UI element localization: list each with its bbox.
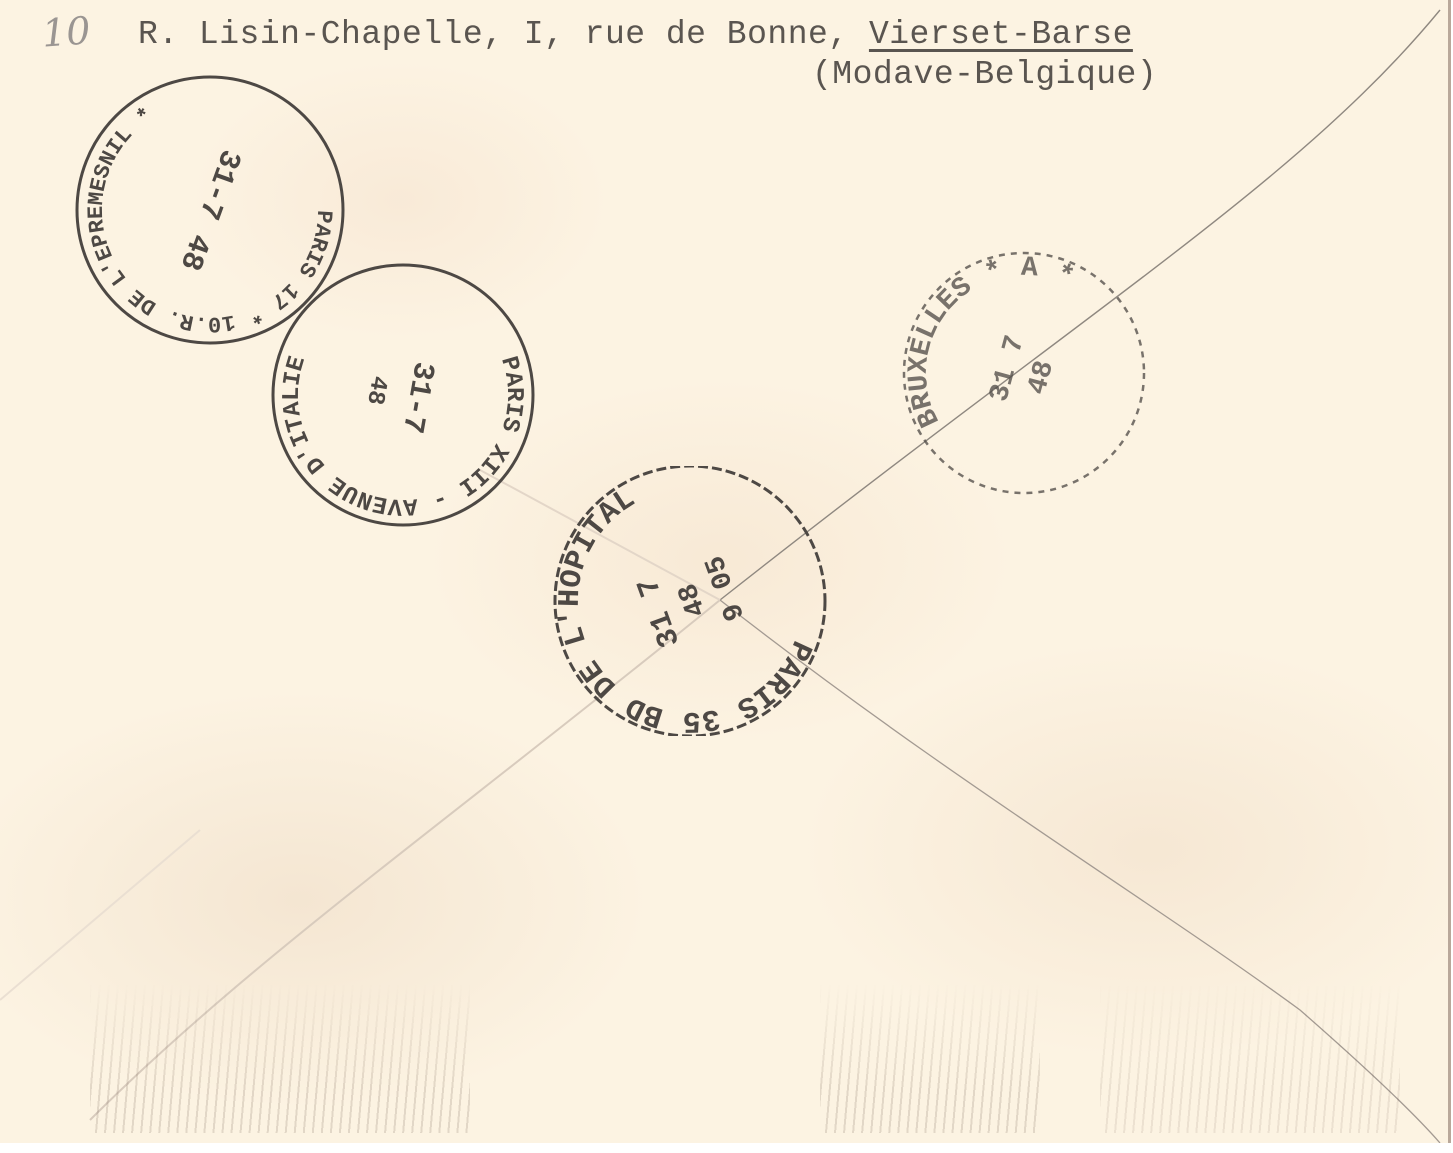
sender-name-street: R. Lisin-Chapelle, I, rue de Bonne,: [138, 16, 849, 53]
smudge: [820, 983, 1040, 1133]
svg-text:31-7 48: 31-7 48: [172, 145, 247, 275]
pencil-note: 10: [41, 8, 92, 55]
sender-address-line-2: (Modave-Belgique): [812, 56, 1157, 93]
svg-text:31 7: 31 7: [632, 572, 689, 651]
postmark-paris-35: PARIS 35 BD DE L'HOPITAL 31 7 48 9 05: [545, 466, 835, 736]
svg-text:31-7: 31-7: [394, 359, 440, 436]
svg-text:31 7: 31 7: [984, 332, 1031, 405]
sender-address-line-1: R. Lisin-Chapelle, I, rue de Bonne, Vier…: [138, 16, 1133, 53]
postmark-paris-xiii: PARIS XIII - AVENUE D'ITALIE 31-7 48: [266, 258, 540, 532]
envelope-back: 10 R. Lisin-Chapelle, I, rue de Bonne, V…: [0, 0, 1451, 1143]
svg-text:9 05: 9 05: [700, 551, 752, 625]
smudge: [1100, 983, 1400, 1133]
svg-text:48: 48: [360, 374, 392, 407]
postmark-bruxelles: BRUXELLES * A * 31 7 48: [896, 248, 1152, 498]
sender-town: Vierset-Barse: [869, 16, 1133, 53]
svg-text:48: 48: [1023, 358, 1062, 398]
svg-text:48: 48: [673, 579, 714, 621]
smudge: [90, 983, 470, 1133]
